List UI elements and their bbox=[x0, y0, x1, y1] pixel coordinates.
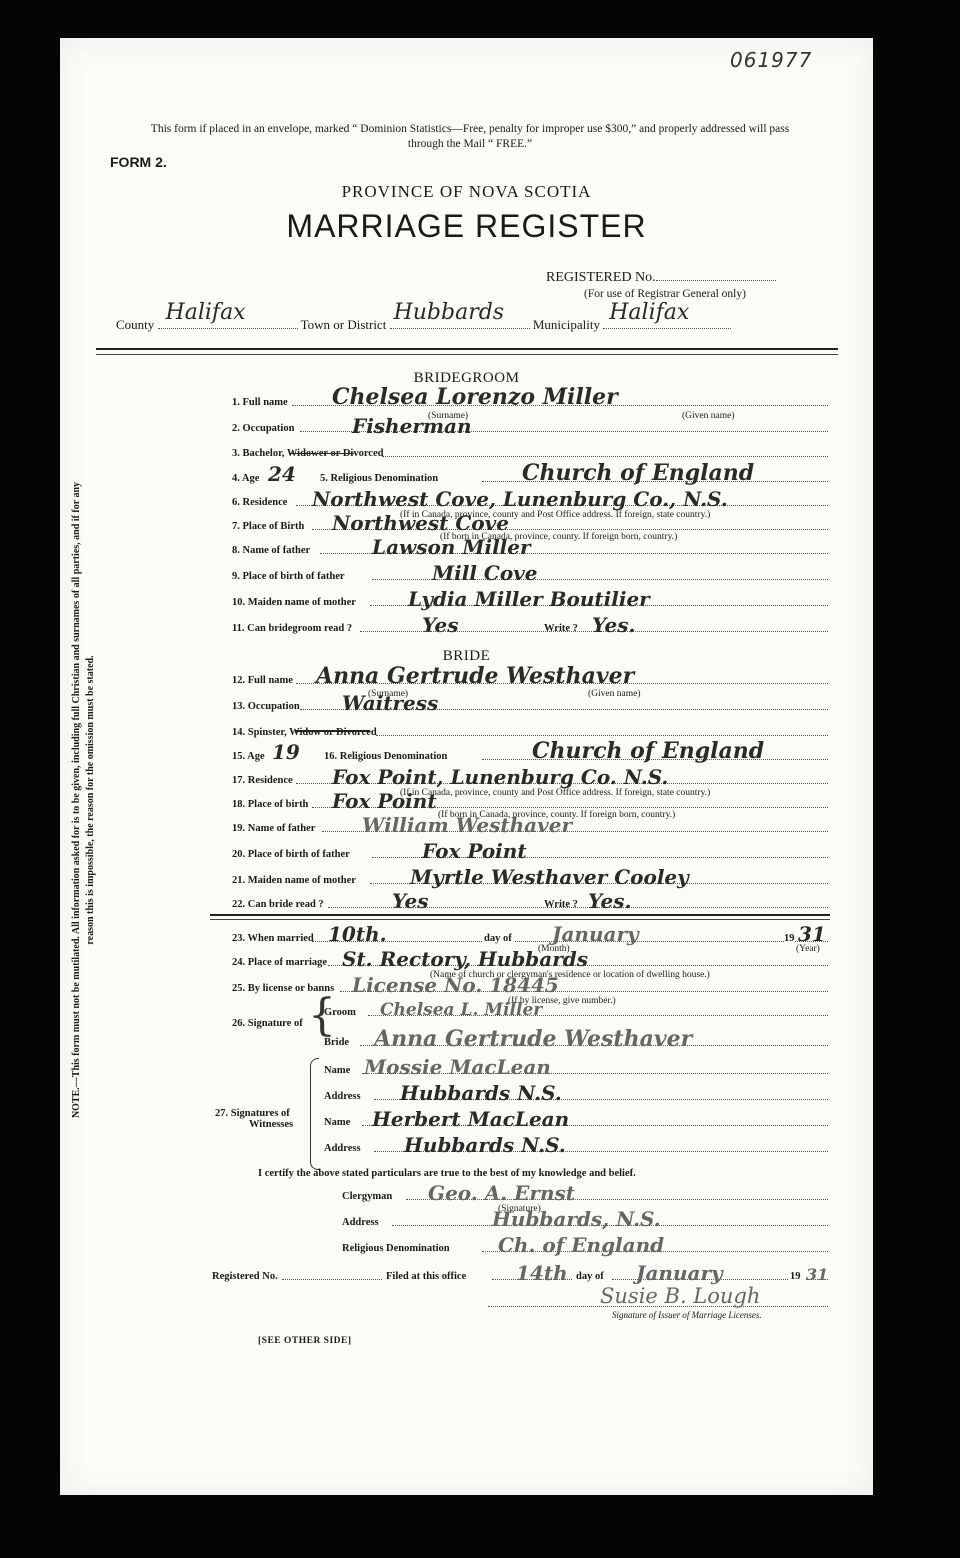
bride-birthplace-row: 18. Place of birth Fox Point bbox=[232, 794, 828, 810]
groom-can-write-value: Yes. bbox=[592, 613, 636, 637]
witness-2-name-row: Name Herbert MacLean bbox=[324, 1112, 828, 1128]
header-divider bbox=[96, 348, 838, 355]
groom-residence-row: 6. Residence Northwest Cove, Lunenburg C… bbox=[232, 492, 828, 508]
groom-literacy-row: 11. Can bridegroom read ? Yes Write ? Ye… bbox=[232, 618, 828, 634]
witness-1-address-row: Address Hubbards N.S. bbox=[324, 1086, 828, 1102]
location-row: County Halifax Town or District Hubbards… bbox=[116, 314, 816, 333]
bride-religion-label: 16. Religious Denomination bbox=[324, 751, 447, 762]
district-label: Town or District bbox=[301, 317, 387, 332]
groom-can-read-value: Yes bbox=[422, 613, 459, 637]
bride-age-label: 15. Age bbox=[232, 751, 265, 762]
document-stamp-number: 061977 bbox=[730, 48, 812, 72]
registered-no-field: REGISTERED No. bbox=[546, 270, 776, 286]
witnesses-label: 27. Signatures of Witnesses bbox=[215, 1108, 293, 1130]
bride-occupation-value: Waitress bbox=[342, 691, 438, 715]
groom-mother-maiden-value: Lydia Miller Boutilier bbox=[408, 587, 650, 611]
filed-year: 31 bbox=[806, 1265, 828, 1284]
clergyman-signature: Geo. A. Ernst bbox=[428, 1181, 575, 1205]
bride-father-birthplace-value: Fox Point bbox=[422, 839, 527, 863]
bride-religion-value: Church of England bbox=[532, 738, 764, 764]
postal-notice: This form if placed in an envelope, mark… bbox=[140, 122, 800, 152]
province-heading: PROVINCE OF NOVA SCOTIA bbox=[60, 182, 873, 202]
groom-signature: Chelsea L. Miller bbox=[380, 1000, 542, 1020]
bride-can-write-value: Yes. bbox=[588, 889, 632, 913]
signature-of-label: 26. Signature of bbox=[232, 1018, 303, 1029]
bride-residence-value: Fox Point, Lunenburg Co. N.S. bbox=[332, 765, 668, 789]
certification-statement: I certify the above stated particulars a… bbox=[258, 1168, 636, 1179]
groom-religion-value: Church of England bbox=[522, 460, 754, 486]
county-label: County bbox=[116, 317, 154, 332]
filing-row: Registered No. Filed at this office 14th… bbox=[212, 1266, 828, 1282]
side-note-vertical: NOTE.—This form must not be mutilated. A… bbox=[70, 480, 98, 1120]
issuer-signature: Susie B. Lough bbox=[600, 1284, 760, 1308]
strikethrough-widow-divorced bbox=[296, 730, 370, 732]
clergyman-address-row: Address Hubbards, N.S. bbox=[342, 1212, 828, 1228]
bride-father-name-row: 19. Name of father William Westhaver bbox=[232, 818, 828, 834]
witness-1-address: Hubbards N.S. bbox=[400, 1081, 562, 1105]
witness-1-name-row: Name Mossie MacLean bbox=[324, 1060, 828, 1076]
groom-residence-value: Northwest Cove, Lunenburg Co., N.S. bbox=[312, 487, 728, 511]
marriage-place-row: 24. Place of marriage St. Rectory, Hubba… bbox=[232, 952, 828, 968]
groom-age-label: 4. Age bbox=[232, 473, 259, 484]
bride-residence-row: 17. Residence Fox Point, Lunenburg Co. N… bbox=[232, 770, 828, 786]
district-value: Hubbards bbox=[394, 300, 505, 325]
clergyman-denomination: Ch. of England bbox=[498, 1233, 664, 1257]
groom-age-value: 24 bbox=[268, 462, 296, 486]
witness-1-name: Mossie MacLean bbox=[364, 1055, 551, 1079]
bride-signature: Anna Gertrude Westhaver bbox=[374, 1026, 692, 1052]
municipality-label: Municipality bbox=[533, 317, 600, 332]
marriage-place-value: St. Rectory, Hubbards bbox=[342, 947, 588, 971]
marriage-date-row: 23. When married 10th. day of January 19… bbox=[232, 928, 828, 944]
groom-occupation-row: 2. Occupation Fisherman bbox=[232, 418, 828, 434]
bride-father-birthplace-row: 20. Place of birth of father Fox Point bbox=[232, 844, 828, 860]
bride-father-name-value: William Westhaver bbox=[362, 813, 572, 837]
see-other-side-note: [SEE OTHER SIDE] bbox=[258, 1336, 352, 1346]
bride-age-value: 19 bbox=[272, 740, 300, 764]
form-number: FORM 2. bbox=[110, 154, 167, 170]
bride-birthplace-value: Fox Point bbox=[332, 789, 437, 813]
bride-can-read-value: Yes bbox=[392, 889, 429, 913]
strikethrough-widower-divorced bbox=[290, 453, 354, 454]
section-divider bbox=[210, 914, 830, 920]
clergyman-address: Hubbards, N.S. bbox=[492, 1207, 661, 1231]
bride-signature-row: Bride Anna Gertrude Westhaver bbox=[324, 1032, 828, 1048]
bride-mother-maiden-row: 21. Maiden name of mother Myrtle Westhav… bbox=[232, 870, 828, 886]
bride-marital-status-row: 14. Spinster, Widow or Divorced bbox=[232, 722, 828, 738]
filed-month: January bbox=[636, 1261, 723, 1285]
bride-full-name-value: Anna Gertrude Westhaver bbox=[316, 663, 634, 689]
groom-mother-maiden-row: 10. Maiden name of mother Lydia Miller B… bbox=[232, 592, 828, 608]
witness-2-address: Hubbards N.S. bbox=[404, 1133, 566, 1157]
groom-father-name-value: Lawson Miller bbox=[372, 535, 531, 559]
groom-father-birthplace-row: 9. Place of birth of father Mill Cove bbox=[232, 566, 828, 582]
clergyman-row: Clergyman Geo. A. Ernst bbox=[342, 1186, 828, 1202]
bride-occupation-row: 13. Occupation Waitress bbox=[232, 696, 828, 712]
bride-mother-maiden-value: Myrtle Westhaver Cooley bbox=[410, 865, 689, 889]
marriage-year-value: 31 bbox=[798, 922, 826, 946]
groom-religion-label: 5. Religious Denomination bbox=[320, 473, 438, 484]
groom-father-birthplace-value: Mill Cove bbox=[432, 561, 538, 585]
witness-2-address-row: Address Hubbards N.S. bbox=[324, 1138, 828, 1154]
groom-full-name-row: 1. Full name Chelsea Lorenzo Miller bbox=[232, 392, 828, 408]
marriage-day-value: 10th. bbox=[328, 922, 387, 946]
groom-signature-row: Groom Chelsea L. Miller bbox=[324, 1002, 828, 1018]
county-value: Halifax bbox=[166, 300, 246, 325]
marriage-month-value: January bbox=[552, 922, 639, 946]
filed-day: 14th bbox=[516, 1261, 568, 1285]
license-value: License No. 18445 bbox=[352, 973, 559, 997]
witness-2-name: Herbert MacLean bbox=[372, 1107, 569, 1131]
municipality-value: Halifax bbox=[609, 300, 689, 325]
groom-age-religion-row: 4. Age 24 5. Religious Denomination Chur… bbox=[232, 468, 828, 484]
groom-father-name-row: 8. Name of father Lawson Miller bbox=[232, 540, 828, 556]
bride-age-religion-row: 15. Age 19 16. Religious Denomination Ch… bbox=[232, 746, 828, 762]
groom-full-name-value: Chelsea Lorenzo Miller bbox=[332, 384, 618, 410]
issuer-label: Signature of Issuer of Marriage Licenses… bbox=[612, 1310, 762, 1320]
clergyman-denomination-row: Religious Denomination Ch. of England bbox=[342, 1238, 828, 1254]
registered-no-note: (For use of Registrar General only) bbox=[584, 288, 746, 300]
marriage-register-form: 061977 This form if placed in an envelop… bbox=[60, 38, 873, 1495]
bride-literacy-row: 22. Can bride read ? Yes Write ? Yes. bbox=[232, 894, 828, 910]
groom-birthplace-row: 7. Place of Birth Northwest Cove bbox=[232, 516, 828, 532]
bride-full-name-row: 12. Full name Anna Gertrude Westhaver bbox=[232, 670, 828, 686]
groom-occupation-value: Fisherman bbox=[352, 414, 472, 438]
witnesses-brace bbox=[310, 1058, 319, 1170]
page-title: MARRIAGE REGISTER bbox=[60, 208, 873, 245]
registered-no-label: REGISTERED No. bbox=[546, 270, 656, 285]
groom-marital-status-row: 3. Bachelor, Widower or Divorced bbox=[232, 443, 828, 459]
